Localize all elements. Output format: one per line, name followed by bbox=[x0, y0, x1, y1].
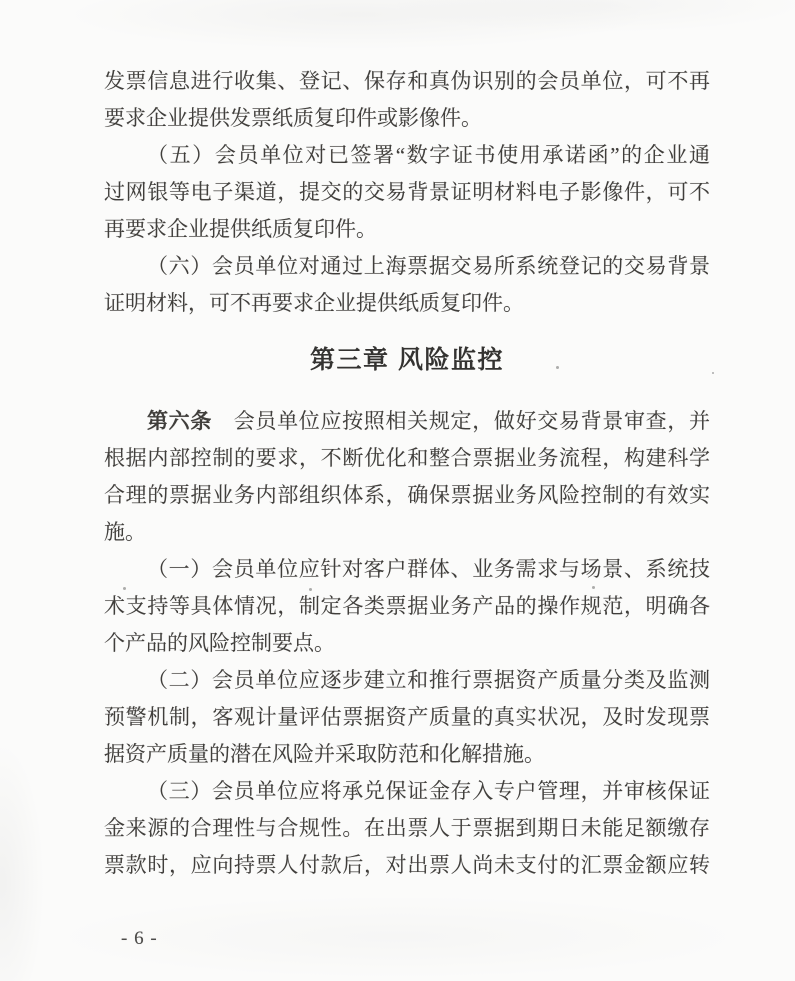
body-line: 再要求企业提供纸质复印件。 bbox=[104, 211, 710, 248]
body-line: 施。 bbox=[104, 514, 710, 551]
body-line: 过网银等电子渠道，提交的交易背景证明材料电子影像件，可不 bbox=[104, 174, 710, 211]
body-line: 根据内部控制的要求，不断优化和整合票据业务流程，构建科学 bbox=[104, 440, 710, 477]
page-number: - 6 - bbox=[121, 925, 158, 953]
scan-speck bbox=[556, 366, 559, 369]
body-line: 发票信息进行收集、登记、保存和真伪识别的会员单位，可不再 bbox=[104, 63, 710, 100]
body-line: 票款时，应向持票人付款后，对出票人尚未支付的汇票金额应转 bbox=[104, 847, 710, 884]
body-line: 预警机制，客观计量评估票据资产质量的真实状况，及时发现票 bbox=[104, 699, 710, 736]
scan-speck bbox=[123, 587, 126, 590]
body-line: （五）会员单位对已签署“数字证书使用承诺函”的企业通 bbox=[104, 137, 710, 174]
chapter-heading: 第三章 风险监控 bbox=[104, 340, 710, 380]
body-line: 据资产质量的潜在风险并采取防范和化解措施。 bbox=[104, 736, 710, 773]
body-line: 金来源的合理性与合规性。在出票人于票据到期日未能足额缴存 bbox=[104, 810, 710, 847]
body-line: 要求企业提供发票纸质复印件或影像件。 bbox=[104, 100, 710, 137]
body-line: 第六条 会员单位应按照相关规定，做好交易背景审查，并 bbox=[104, 403, 710, 440]
scan-speck bbox=[309, 588, 312, 591]
body-line: 个产品的风险控制要点。 bbox=[104, 625, 710, 662]
scan-speck bbox=[712, 372, 714, 374]
body-line: （二）会员单位应逐步建立和推行票据资产质量分类及监测 bbox=[104, 662, 710, 699]
document-page: 发票信息进行收集、登记、保存和真伪识别的会员单位，可不再要求企业提供发票纸质复印… bbox=[0, 0, 795, 981]
body-line: 术支持等具体情况，制定各类票据业务产品的操作规范，明确各 bbox=[104, 588, 710, 625]
article-number: 第六条 bbox=[147, 409, 212, 433]
text-block: 发票信息进行收集、登记、保存和真伪识别的会员单位，可不再要求企业提供发票纸质复印… bbox=[104, 63, 710, 884]
body-line: 证明材料，可不再要求企业提供纸质复印件。 bbox=[104, 285, 710, 322]
body-line: （一）会员单位应针对客户群体、业务需求与场景、系统技 bbox=[104, 551, 710, 588]
body-line: （六）会员单位对通过上海票据交易所系统登记的交易背景 bbox=[104, 248, 710, 285]
body-line: 合理的票据业务内部组织体系，确保票据业务风险控制的有效实 bbox=[104, 477, 710, 514]
scan-speck bbox=[592, 586, 595, 589]
body-line: （三）会员单位应将承兑保证金存入专户管理，并审核保证 bbox=[104, 773, 710, 810]
